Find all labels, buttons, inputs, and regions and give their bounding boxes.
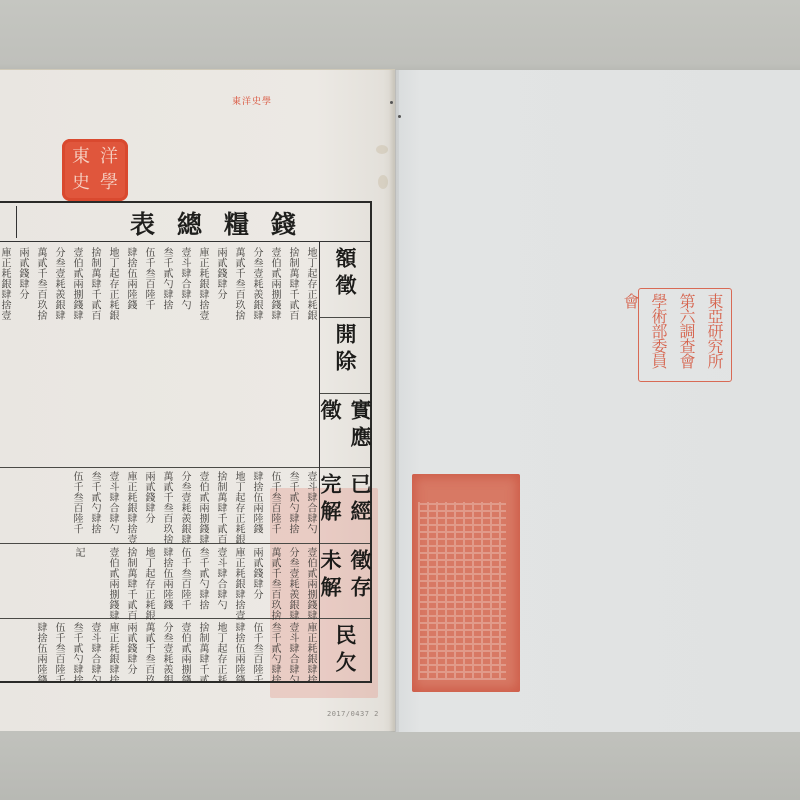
- row-label-deducted: 開除: [320, 317, 370, 393]
- text-column: 伍千叁百陸千: [52, 622, 64, 681]
- text-column: 叁千貳勺肆捨: [160, 247, 172, 310]
- text-column: 捨制萬肆千貳百: [88, 247, 100, 321]
- text-column: 壹斗肆合肆勺: [286, 622, 298, 681]
- text-column: 叁千貳勺肆捨: [70, 622, 82, 681]
- text-column: 萬貳千叁百玖捨: [160, 471, 172, 545]
- text-column: 叁千貳勺肆捨: [268, 622, 280, 681]
- upper-left-seal: 東洋史學: [62, 139, 128, 201]
- text-column: 萬貳千叁百玖捨: [232, 247, 244, 321]
- seal-glyphs: 東洋史學: [68, 145, 122, 195]
- remark-label: 記: [72, 547, 84, 558]
- text-column: 分叁壹耗羨銀肆: [52, 247, 64, 321]
- text-column: 地丁起存正耗銀: [304, 247, 316, 321]
- row-label-assessed: 額徵: [320, 241, 370, 317]
- text-column: 兩貳錢肆分: [124, 622, 136, 675]
- text-column: 肆捨伍兩陸錢: [124, 247, 136, 310]
- text-column: 庫正耗銀肆捨壹: [106, 622, 118, 681]
- text-column: 萬貳千叁百玖捨: [34, 247, 46, 321]
- paper-speck: [398, 115, 401, 118]
- book-gutter: [389, 70, 399, 732]
- text-column: 分叁壹耗羨銀肆: [286, 547, 298, 621]
- row-label-actual-due: 實應徵: [320, 393, 370, 467]
- text-column: 庫正耗銀肆捨壹: [0, 247, 10, 321]
- text-column: 叁千貳勺肆捨: [286, 471, 298, 534]
- table-title-row: 錢糧總表: [0, 203, 370, 242]
- row-label-held-unremitted: 徵存未解: [320, 543, 370, 618]
- text-column: 伍千叁百陸千: [70, 471, 82, 534]
- header-stamp: 東洋史學: [232, 94, 272, 107]
- text-column: 壹斗肆合肆勺: [88, 622, 100, 681]
- text-column: 壹伯貳兩捌錢肆: [70, 247, 82, 321]
- text-column: 地丁起存正耗銀: [232, 471, 244, 545]
- text-column: 壹斗肆合肆勺: [106, 471, 118, 534]
- paper-stain: [378, 175, 388, 189]
- row-divider: [0, 467, 320, 468]
- text-column: 伍千叁百陸千: [268, 471, 280, 534]
- text-column: 兩貳錢肆分: [16, 247, 28, 300]
- text-column: 壹伯貳兩捌錢肆: [178, 622, 190, 681]
- text-column: 萬貳千叁百玖捨: [268, 547, 280, 621]
- text-column: 壹伯貳兩捌錢肆: [196, 471, 208, 545]
- table-title: 錢糧總表: [130, 205, 318, 241]
- text-column: 分叁壹耗羨銀肆: [250, 247, 262, 321]
- text-column: 庫正耗銀肆捨壹: [232, 547, 244, 621]
- text-column: 兩貳錢肆分: [142, 471, 154, 524]
- table-body: 地丁起存正耗銀 捨制萬肆千貳百 壹伯貳兩捌錢肆 分叁壹耗羨銀肆 萬貳千叁百玖捨 …: [0, 241, 320, 681]
- text-column: 分叁壹耗羨銀肆: [178, 471, 190, 545]
- text-column: 壹斗肆合肆勺: [214, 547, 226, 610]
- paper-stain: [376, 145, 388, 154]
- text-column: 伍千叁百陸千: [250, 622, 262, 681]
- text-column: 肆捨伍兩陸錢: [160, 547, 172, 610]
- text-column: 地丁起存正耗銀: [106, 247, 118, 321]
- text-column: 伍千叁百陸千: [142, 247, 154, 310]
- text-column: 庫正耗銀肆捨壹: [304, 622, 316, 681]
- institute-seal: 東亞研究所 第六調查會 學術部委員會: [638, 288, 732, 382]
- text-column: 分叁壹耗羨銀肆: [160, 622, 172, 681]
- row-label-arrears: 民欠: [320, 618, 370, 683]
- text-column: 兩貳錢肆分: [250, 547, 262, 600]
- text-column: 壹伯貳兩捌錢肆: [268, 247, 280, 321]
- text-column: 庫正耗銀肆捨壹: [196, 247, 208, 321]
- money-grain-table: 錢糧總表 地丁起存正耗銀 捨制萬肆千貳百 壹伯貳兩捌錢肆 分叁壹耗羨銀肆 萬貳千…: [0, 201, 372, 683]
- row-label-remitted: 已經完解: [320, 467, 370, 543]
- text-column: 地丁起存正耗銀: [142, 547, 154, 621]
- title-divider: [16, 206, 17, 238]
- large-collection-seal: [412, 474, 520, 692]
- text-column: 肆捨伍兩陸錢: [232, 622, 244, 681]
- text-column: 捨制萬肆千貳百: [286, 247, 298, 321]
- text-column: 庫正耗銀肆捨壹: [124, 471, 136, 545]
- row-label-column: 額徵 開除 實應徵 已經完解 徵存未解 民欠: [319, 241, 370, 681]
- catalog-number: 2017/0437 2: [327, 710, 379, 718]
- text-column: 捨制萬肆千貳百: [124, 547, 136, 621]
- text-column: 捨制萬肆千貳百: [214, 471, 226, 545]
- text-column: 叁千貳勺肆捨: [196, 547, 208, 610]
- text-column: 伍千叁百陸千: [178, 547, 190, 610]
- paper-speck: [390, 101, 393, 104]
- text-column: 肆捨伍兩陸錢: [250, 471, 262, 534]
- text-column: 地丁起存正耗銀: [214, 622, 226, 681]
- text-column: 壹斗肆合肆勺: [178, 247, 190, 310]
- text-column: 捨制萬肆千貳百: [196, 622, 208, 681]
- seal-pattern: [418, 502, 506, 680]
- text-column: 壹伯貳兩捌錢肆: [106, 547, 118, 621]
- text-column: 萬貳千叁百玖捨: [142, 622, 154, 681]
- text-column: 兩貳錢肆分: [214, 247, 226, 300]
- text-column: 叁千貳勺肆捨: [88, 471, 100, 534]
- text-column: 肆捨伍兩陸錢: [34, 622, 46, 681]
